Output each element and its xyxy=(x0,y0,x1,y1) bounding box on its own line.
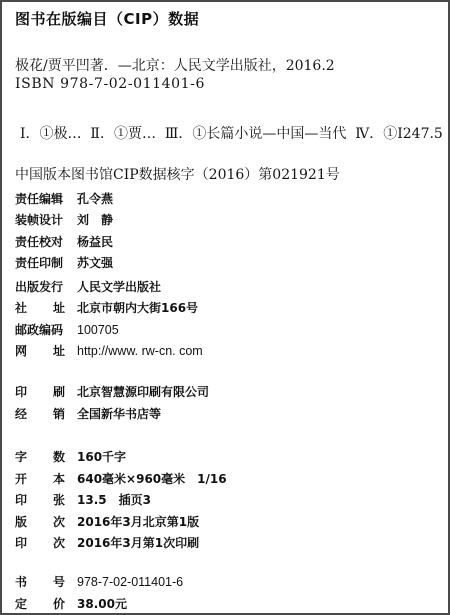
credit-label: 责任印制 xyxy=(15,254,77,272)
credit-value: 杨益民 xyxy=(77,233,113,251)
field-label: 开本 xyxy=(15,470,65,488)
price-value: 38.00元 xyxy=(77,595,127,613)
printer-row: 印刷北京智慧源印刷有限公司 xyxy=(15,383,209,401)
field-label: 印张 xyxy=(15,491,65,509)
credit-row-editor: 责任编辑孔令燕 xyxy=(15,190,113,208)
field-value: 2016年3月北京第1版 xyxy=(77,513,199,531)
field-label: 出版发行 xyxy=(15,278,77,296)
label-char: 次 xyxy=(53,513,65,531)
credit-row-designer: 装帧设计刘 静 xyxy=(15,211,113,229)
field-value: 全国新华书店等 xyxy=(77,405,161,423)
field-label: 网址 xyxy=(15,342,65,360)
credit-value: 刘 静 xyxy=(77,211,113,229)
publisher-row: 出版发行人民文学出版社 xyxy=(15,278,161,296)
field-label: 印刷 xyxy=(15,383,65,401)
label-char: 张 xyxy=(53,491,65,509)
price-row: 定价38.00元 xyxy=(15,595,127,613)
field-value: 人民文学出版社 xyxy=(77,278,161,296)
label-char: 数 xyxy=(53,448,65,466)
field-label: 社址 xyxy=(15,299,65,317)
credit-label: 责任校对 xyxy=(15,233,77,251)
credit-value: 苏文强 xyxy=(77,254,113,272)
label-char: 次 xyxy=(53,534,65,552)
field-label: 书号 xyxy=(15,573,65,591)
field-label: 邮政编码 xyxy=(15,321,77,339)
credit-row-proofreader: 责任校对杨益民 xyxy=(15,233,113,251)
label-char: 本 xyxy=(53,470,65,488)
format-row: 开本640毫米×960毫米 1/16 xyxy=(15,470,227,488)
label-char: 址 xyxy=(53,299,65,317)
field-value: 北京市朝内大街166号 xyxy=(77,299,198,317)
label-char: 定 xyxy=(15,595,27,613)
field-label: 印次 xyxy=(15,534,65,552)
field-value: 640毫米×960毫米 1/16 xyxy=(77,470,227,488)
credit-label: 装帧设计 xyxy=(15,211,77,229)
label-char: 印 xyxy=(15,491,27,509)
label-char: 址 xyxy=(53,342,65,360)
page-title: 图书在版编目（CIP）数据 xyxy=(15,8,199,29)
credit-row-printing-supervisor: 责任印制苏文强 xyxy=(15,254,113,272)
isbn-value: 978-7-02-011401-6 xyxy=(77,573,183,591)
field-label: 经销 xyxy=(15,405,65,423)
label-char: 字 xyxy=(15,448,27,466)
copyright-page: 图书在版编目（CIP）数据 极花/贾平凹著．—北京：人民文学出版社，2016.2… xyxy=(0,0,450,615)
field-value: 13.5 插页3 xyxy=(77,491,151,509)
credit-label: 责任编辑 xyxy=(15,190,77,208)
label-char: 书 xyxy=(15,573,27,591)
field-value: 2016年3月第1次印刷 xyxy=(77,534,199,552)
label-char: 社 xyxy=(15,299,27,317)
label-char: 印 xyxy=(15,383,27,401)
field-value: 160千字 xyxy=(77,448,126,466)
field-value: 100705 xyxy=(77,321,119,339)
cip-isbn-line: ISBN 978-7-02-011401-6 xyxy=(15,76,205,92)
edition-row: 版次2016年3月北京第1版 xyxy=(15,513,199,531)
label-char: 价 xyxy=(53,595,65,613)
website-link: http://www. rw-cn. com xyxy=(77,342,203,360)
cip-approval-number: 中国版本图书馆CIP数据核字（2016）第021921号 xyxy=(15,164,340,184)
label-char: 销 xyxy=(53,405,65,423)
label-char: 版 xyxy=(15,513,27,531)
label-char: 刷 xyxy=(53,383,65,401)
label-char: 开 xyxy=(15,470,27,488)
address-row: 社址北京市朝内大街166号 xyxy=(15,299,198,317)
postcode-row: 邮政编码100705 xyxy=(15,321,119,339)
word-count-row: 字数160千字 xyxy=(15,448,126,466)
printing-row: 印次2016年3月第1次印刷 xyxy=(15,534,199,552)
label-char: 号 xyxy=(53,573,65,591)
label-char: 网 xyxy=(15,342,27,360)
sheets-row: 印张13.5 插页3 xyxy=(15,491,151,509)
cip-classification-line: Ⅰ．①极… Ⅱ．①贾… Ⅲ．①长篇小说—中国—当代 Ⅳ．①I247.5 xyxy=(20,123,443,143)
label-char: 经 xyxy=(15,405,27,423)
field-value: 北京智慧源印刷有限公司 xyxy=(77,383,209,401)
website-row: 网址http://www. rw-cn. com xyxy=(15,342,203,360)
field-label: 定价 xyxy=(15,595,65,613)
cip-bibliographic-line: 极花/贾平凹著．—北京：人民文学出版社，2016.2 xyxy=(15,55,335,75)
credit-value: 孔令燕 xyxy=(77,190,113,208)
distributor-row: 经销全国新华书店等 xyxy=(15,405,161,423)
field-label: 版次 xyxy=(15,513,65,531)
isbn-row: 书号978-7-02-011401-6 xyxy=(15,573,183,591)
field-label: 字数 xyxy=(15,448,65,466)
label-char: 印 xyxy=(15,534,27,552)
